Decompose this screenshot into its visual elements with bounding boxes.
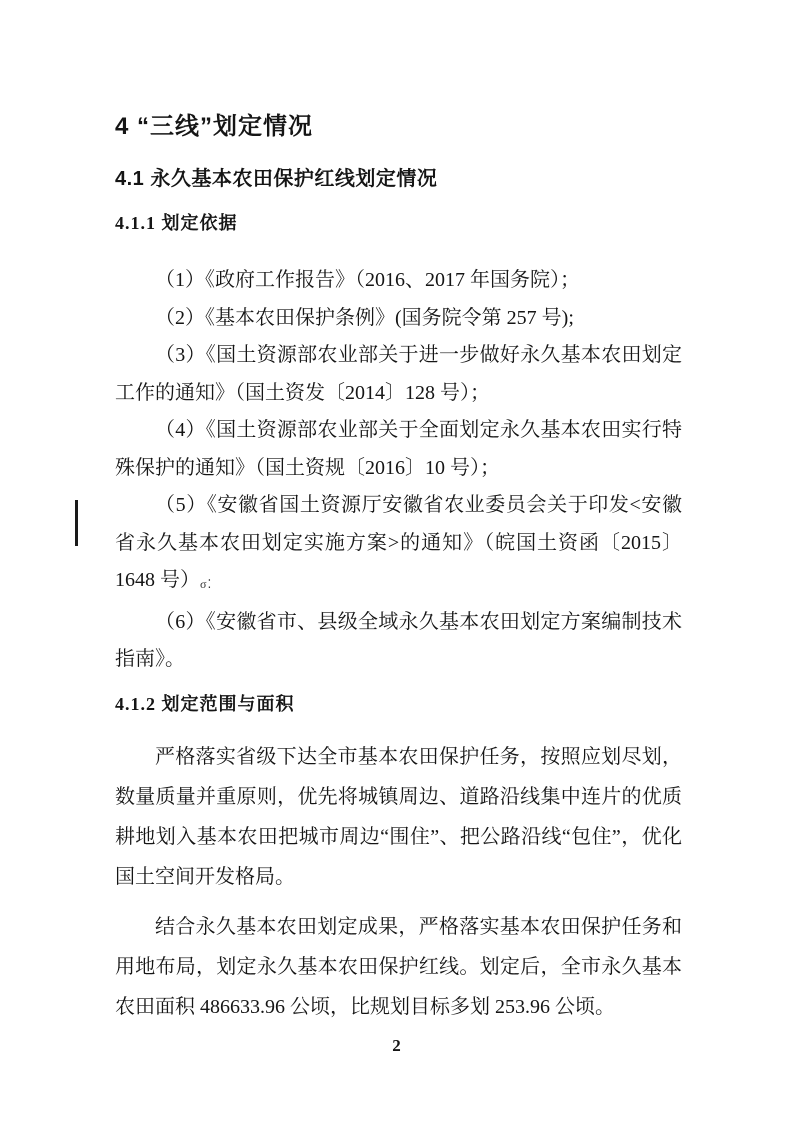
reference-list: （1）《政府工作报告》（2016、2017 年国务院）； （2）《基本农田保护条… (115, 262, 682, 679)
reference-item-2: （2）《基本农田保护条例》(国务院令第 257 号); (115, 300, 682, 338)
revision-change-bar (75, 500, 78, 546)
reference-item-4: （4）《国土资源部农业部关于全面划定永久基本农田实行特殊保护的通知》（国土资规〔… (115, 412, 682, 487)
section-heading: 4.1 永久基本农田保护红线划定情况 (115, 164, 682, 194)
document-page: 4 “三线”划定情况 4.1 永久基本农田保护红线划定情况 4.1.1 划定依据… (0, 0, 793, 1122)
revision-artifact-mark: σ⁚ (200, 577, 212, 591)
body-paragraph-2: 结合永久基本农田划定成果，严格落实基本农田保护任务和用地布局，划定永久基本农田保… (115, 907, 682, 1027)
chapter-heading: 4 “三线”划定情况 (115, 110, 682, 144)
page-number: 2 (0, 1036, 793, 1056)
page-content: 4 “三线”划定情况 4.1 永久基本农田保护红线划定情况 4.1.1 划定依据… (115, 110, 682, 1037)
subsection-heading-4-1-2: 4.1.2 划定范围与面积 (115, 691, 682, 717)
reference-item-5: （5）《安徽省国土资源厅安徽省农业委员会关于印发<安徽省永久基本农田划定实施方案… (115, 487, 682, 604)
reference-item-1: （1）《政府工作报告》（2016、2017 年国务院）； (115, 262, 682, 300)
subsection-heading-4-1-1: 4.1.1 划定依据 (115, 210, 682, 236)
body-paragraph-1: 严格落实省级下达全市基本农田保护任务，按照应划尽划，数量质量并重原则，优先将城镇… (115, 737, 682, 897)
reference-item-6: （6）《安徽省市、县级全域永久基本农田划定方案编制技术指南》。 (115, 604, 682, 679)
reference-item-3: （3）《国土资源部农业部关于进一步做好永久基本农田划定工作的通知》（国土资发〔2… (115, 337, 682, 412)
